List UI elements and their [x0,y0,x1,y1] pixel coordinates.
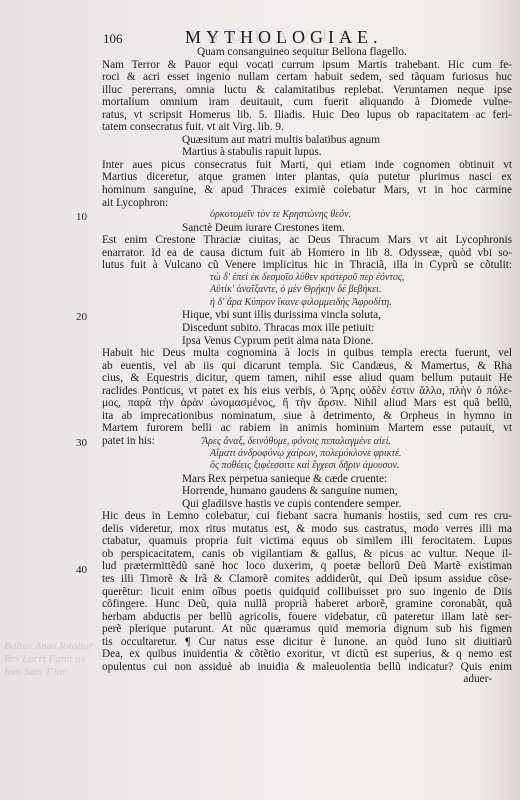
text-line: tatem consecratus fuit. vt ait Virg. lib… [102,121,512,134]
greek-verse-line: τὼ δ' ἐπεὶ ἐκ δεσμοῖο λύθεν κρατεροῦ περ… [102,272,512,285]
line-number-20: 20 [76,311,87,323]
text-line: ita ab imprecationibus nominatum, siue à… [102,410,512,423]
body-text: Quam consanguineo sequitur Bellona flage… [102,46,512,686]
page-header: 106 MYTHOLOGIAE. [103,27,483,47]
text-line: herbam abductis per bellũ agricolis, fou… [102,611,512,624]
text-line: patet in his:Ἄρες ἄναξ, δεινόθυμε, φόνοι… [102,435,512,448]
text-line: Dea, ex quibus inuidentia & cõtẽtio exor… [102,648,512,661]
text-line: raclides Ponticus, vt patet ex his eius … [102,385,512,398]
verse-line: Qui gladiisve hastis ve cupis contendere… [102,498,512,511]
text-line: Martius diceretur, atque gramen inter pl… [102,171,512,184]
line-number-30: 30 [76,437,87,449]
verse-line: Martius à stabulis rapuit lupus. [102,146,512,159]
verse-line: Discedunt subito. Thracas mox ille petiu… [102,322,512,335]
bleedthrough-margin-note: Baltus Anas Iotaltur Brs Lacrt Fanit as … [4,640,94,679]
line-number-40: 40 [76,564,87,576]
text-line: ait Lycophron: [102,197,512,210]
verse-line: Quæsitum aut matri multis balatibus agnu… [102,134,512,147]
text-line: ab euentis, vel ab iis qui dicarunt temp… [102,360,512,373]
text-line: opulentus cui non assiduè ab inuidia & m… [102,661,512,674]
text-line: illuc pererrans, omnia luctu & calamitat… [102,84,512,97]
greek-verse-line: ὃς ποθέεις ξιφέεσσιτε καὶ ἔγχεσι δῆριν ἀ… [102,460,512,473]
text-line: querẽtur: licuit enim oĩbus poetis quidq… [102,586,512,599]
catchword: aduer- [102,673,512,686]
text-line: Martem furorem belli ac rabiem in animis… [102,422,512,435]
text-line: lud prætermittẽdũ sanè hoc loco duxerim,… [102,560,512,573]
text-line: Inter aues picus consecratus fuit Marti,… [102,159,512,172]
text-line: Hic deus in Lemno colebatur, cui fiebant… [102,510,512,523]
text-line: tis occultaretur. ¶ Cur natus esse dicit… [102,636,512,649]
text-line: roci & acri esset ingenio nullam certam … [102,71,512,84]
text-line: perẽ plerique putarunt. At nũc quæramus … [102,623,512,636]
text-line: cõfingere. Hunc Deũ, quia nullã propriã … [102,598,512,611]
book-page: I N G R A V I S . Baltus Anas Iotaltur B… [0,0,520,800]
text-line: tes illi Timorẽ & Irã & Clamorẽ comites … [102,573,512,586]
line-number-10: 10 [76,211,87,223]
text-line: ratus, vt scripsit Homerus lib. 5. Iliad… [102,109,512,122]
text-line: Est enim Crestone Thraciæ ciuitas, ac De… [102,234,512,247]
verse-line: Quam consanguineo sequitur Bellona flage… [102,46,512,59]
greek-verse-inline: Ἄρες ἄναξ, δεινόθυμε, φόνοις πεπαλαγμένε… [202,436,391,447]
verse-line: Horrende, humano gaudens & sanguine nume… [102,485,512,498]
verse-line: Mars Rex perpetua sanieque & cæde cruent… [102,473,512,486]
greek-verse-line: Αἵματι ἀνδροφόνῳ χαίρων, πολεμόκλονε φρι… [102,448,512,461]
text-line: ctabatur, quamuis propria fuit victima e… [102,535,512,548]
verse-line: Sanctè Deum iurare Crestones item. [102,222,512,235]
text-line: lutus fuit à Vulcano cũ Venere implicitu… [102,259,512,272]
greek-verse-line: ἡ δ' ἄρα Κύπρον ἵκανε φιλομμειδὴς Ἀφροδί… [102,297,512,310]
text-line-lead: patet in his: [102,435,202,448]
text-line: mortalium omnium iram deuitauit, cum fue… [102,96,512,109]
verse-line: Hique, vbi sunt illis durissima vincla s… [102,309,512,322]
text-line: ob perspicacitatem, canis ob vigilantiam… [102,548,512,561]
text-line: hominum sanguine, & apud Thraces eximiè … [102,184,512,197]
running-head: MYTHOLOGIAE. [185,27,382,48]
text-line: Nam Terror & Pauor equi vocati currum ip… [102,59,512,72]
text-line: cius, & Equestris dicitur, quem tamen, n… [102,372,512,385]
page-number: 106 [103,31,123,47]
text-line: Habuit hic Deus multa cognomina à locis … [102,347,512,360]
text-line: μος, παρὰ τὴν ἀρὰν ὠνομασμένος, ἤ τὴν ἄρ… [102,397,512,410]
greek-verse-line: Αὐτίκ' ἀναΐξαντε, ὁ μὲν Θρῄκην δὲ βεβήκε… [102,284,512,297]
text-line: delis videretur, mox ritus mutatus est, … [102,523,512,536]
greek-verse-line: ὀρκοτομεῖν τὸν τε Κρηστώνης θεόν. [102,209,512,222]
verse-line: Ipsa Venus Cyprum petit alma nata Dione. [102,335,512,348]
text-line: enarrator. Id ea de causa dictum fuit ab… [102,247,512,260]
